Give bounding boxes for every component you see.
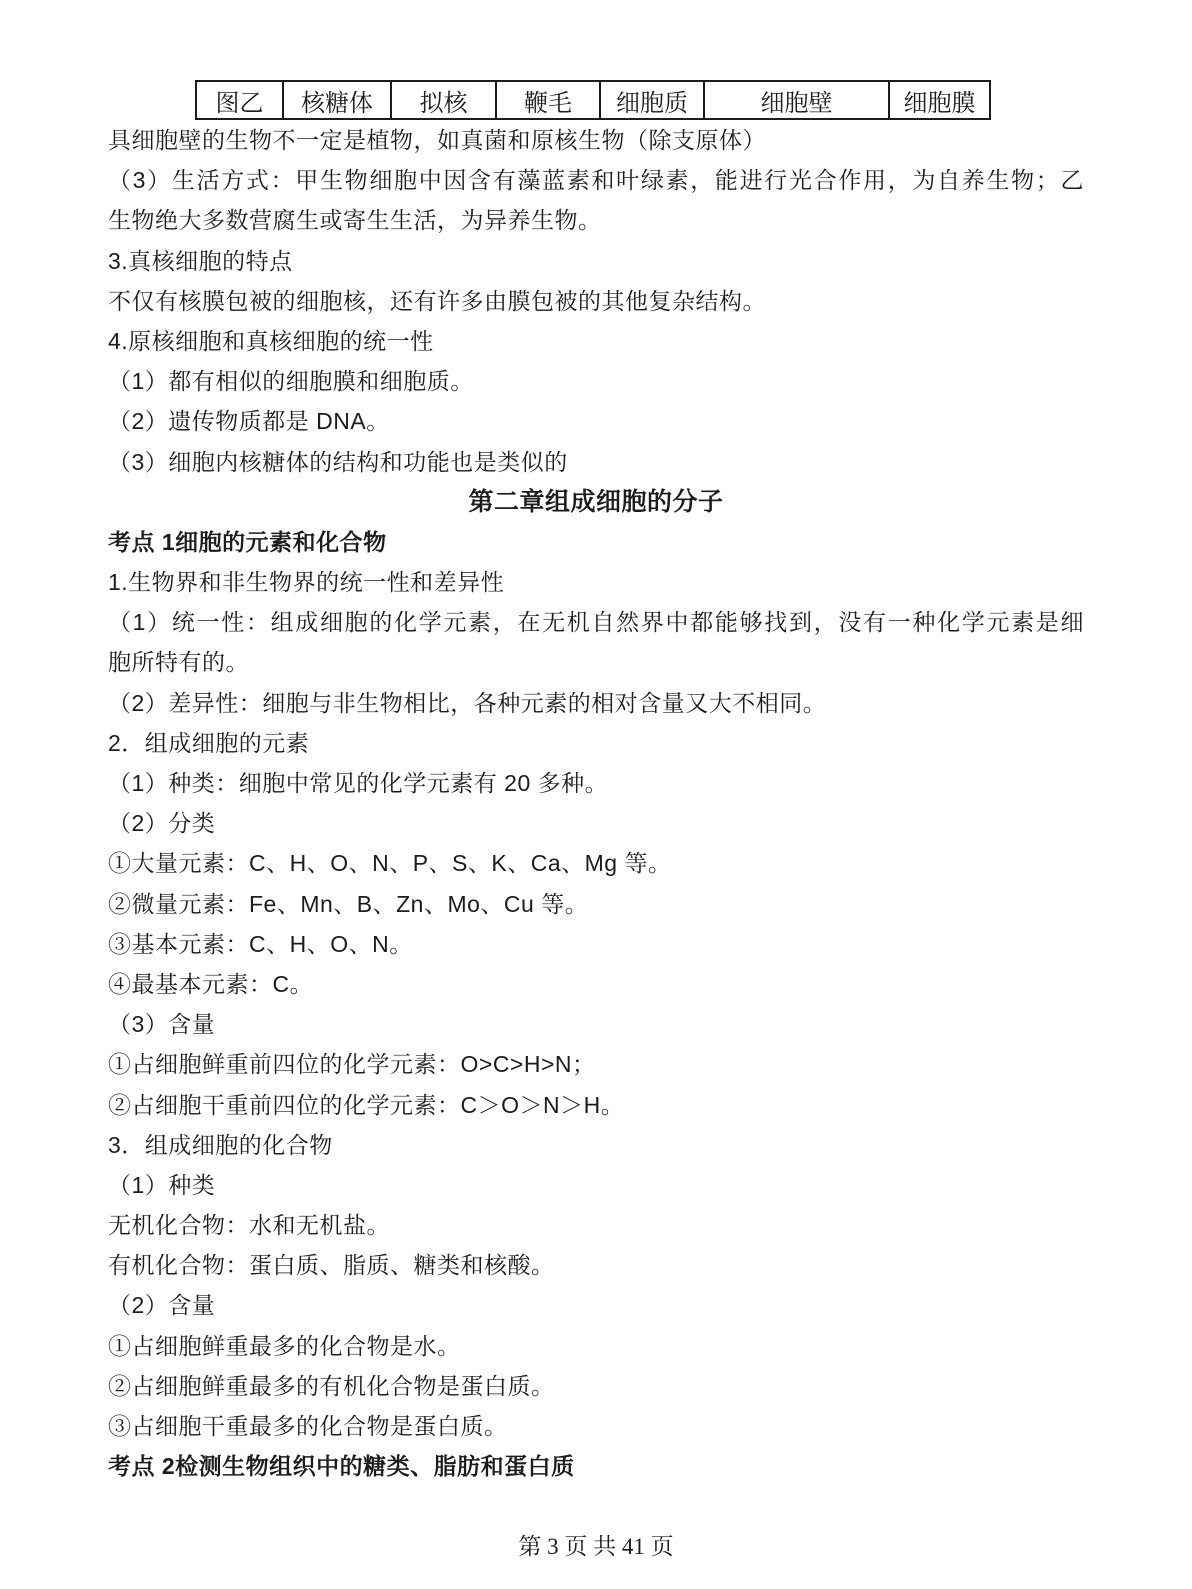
text-line: （3）含量 (108, 1004, 1084, 1044)
page-footer: 第 3 页 共 41 页 (108, 1532, 1084, 1562)
text-line: ③基本元素：C、H、O、N。 (108, 924, 1084, 964)
text-line: ②微量元素：Fe、Mn、B、Zn、Mo、Cu 等。 (108, 884, 1084, 924)
table-cell-flagellum: 鞭毛 (496, 81, 600, 119)
text-line: 不仅有核膜包被的细胞核，还有许多由膜包被的其他复杂结构。 (108, 281, 1084, 321)
text-line: （2）差异性：细胞与非生物相比，各种元素的相对含量又大不相同。 (108, 683, 1084, 723)
body-text: 具细胞壁的生物不一定是植物，如真菌和原核生物（除支原体） （3）生活方式：甲生物… (108, 120, 1084, 1486)
text-line: （2）遗传物质都是 DNA。 (108, 401, 1084, 441)
table-cell-nucleoid: 拟核 (391, 81, 496, 119)
text-line: 4.原核细胞和真核细胞的统一性 (108, 321, 1084, 361)
text-line: 1.生物界和非生物界的统一性和差异性 (108, 562, 1084, 602)
table-cell-cell-wall: 细胞壁 (704, 81, 889, 119)
text-line: （3）生活方式：甲生物细胞中因含有藻蓝素和叶绿素，能进行光合作用，为自养生物；乙 (108, 160, 1084, 200)
table-cell-ribosome: 核糖体 (283, 81, 391, 119)
text-line: 3．组成细胞的化合物 (108, 1125, 1084, 1165)
text-line: ④最基本元素：C。 (108, 964, 1084, 1004)
text-line: ②占细胞干重前四位的化学元素：C＞O＞N＞H。 (108, 1085, 1084, 1125)
text-line: （1）种类：细胞中常见的化学元素有 20 多种。 (108, 763, 1084, 803)
table-row: 图乙 核糖体 拟核 鞭毛 细胞质 细胞壁 细胞膜 (196, 81, 990, 119)
text-line: （2）含量 (108, 1285, 1084, 1325)
table-cell-figure-label: 图乙 (196, 81, 283, 119)
section-heading-2: 考点 2检测生物组织中的糖类、脂肪和蛋白质 (108, 1446, 1084, 1486)
text-line: 无机化合物：水和无机盐。 (108, 1205, 1084, 1245)
text-line: 具细胞壁的生物不一定是植物，如真菌和原核生物（除支原体） (108, 120, 1084, 160)
table-cell-cytoplasm: 细胞质 (600, 81, 704, 119)
text-line: 2．组成细胞的元素 (108, 723, 1084, 763)
text-line: （2）分类 (108, 803, 1084, 843)
document-page: 图乙 核糖体 拟核 鞭毛 细胞质 细胞壁 细胞膜 具细胞壁的生物不一定是植物，如… (0, 0, 1192, 1589)
cell-structure-table: 图乙 核糖体 拟核 鞭毛 细胞质 细胞壁 细胞膜 (195, 80, 991, 120)
text-line: （1）统一性：组成细胞的化学元素，在无机自然界中都能够找到，没有一种化学元素是细 (108, 602, 1084, 642)
text-line: ①占细胞鲜重前四位的化学元素：O>C>H>N； (108, 1044, 1084, 1084)
text-line: 3.真核细胞的特点 (108, 241, 1084, 281)
text-line: 有机化合物：蛋白质、脂质、糖类和核酸。 (108, 1245, 1084, 1285)
text-line: 生物绝大多数营腐生或寄生生活，为异养生物。 (108, 200, 1084, 240)
text-line: ①大量元素：C、H、O、N、P、S、K、Ca、Mg 等。 (108, 843, 1084, 883)
section-heading-1: 考点 1细胞的元素和化合物 (108, 522, 1084, 562)
chapter-heading: 第二章组成细胞的分子 (108, 482, 1084, 522)
text-line: ②占细胞鲜重最多的有机化合物是蛋白质。 (108, 1366, 1084, 1406)
text-line: （1）种类 (108, 1165, 1084, 1205)
text-line: （3）细胞内核糖体的结构和功能也是类似的 (108, 442, 1084, 482)
text-line: 胞所特有的。 (108, 642, 1084, 682)
text-line: ①占细胞鲜重最多的化合物是水。 (108, 1326, 1084, 1366)
text-line: （1）都有相似的细胞膜和细胞质。 (108, 361, 1084, 401)
table-cell-cell-membrane: 细胞膜 (889, 81, 990, 119)
text-line: ③占细胞干重最多的化合物是蛋白质。 (108, 1406, 1084, 1446)
